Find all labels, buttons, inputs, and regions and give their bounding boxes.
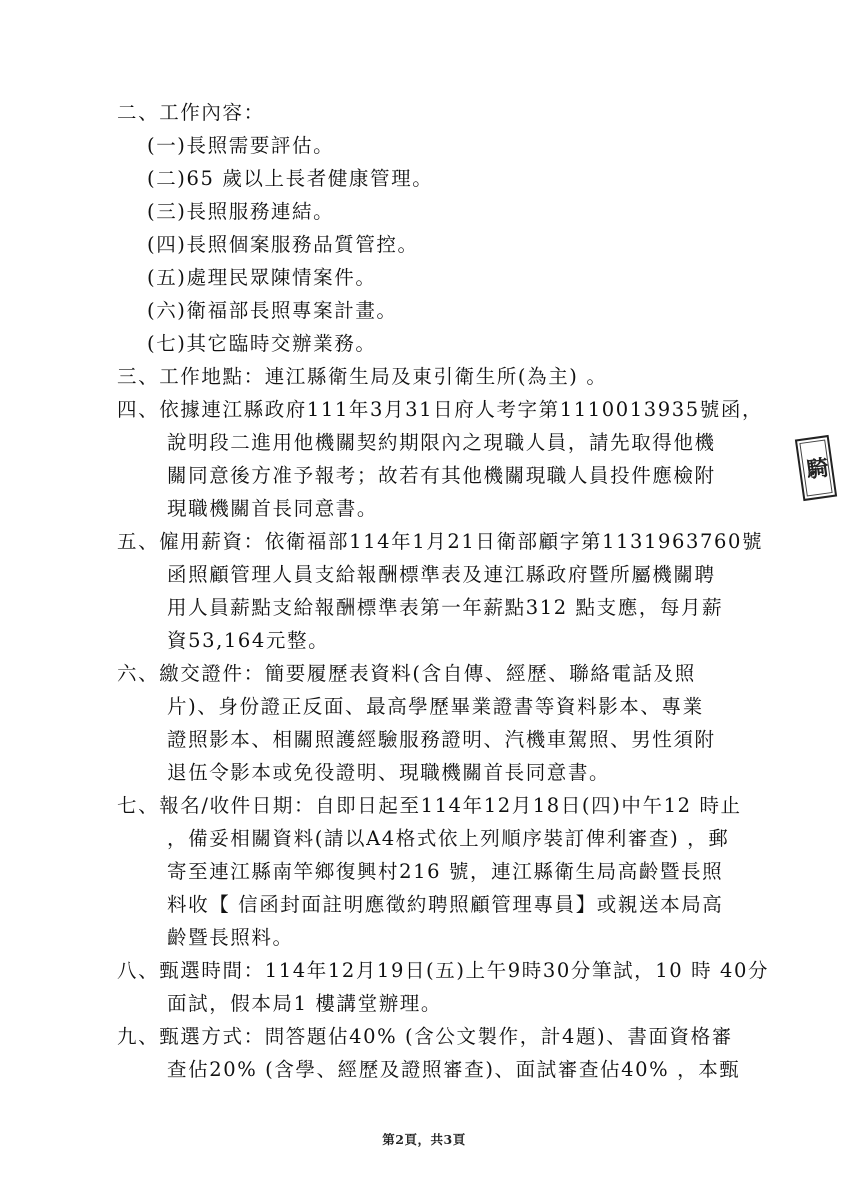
list-item: (五)處理民眾陳情案件。 <box>117 261 777 294</box>
paragraph-line: 三、工作地點：連江縣衛生局及東引衛生所(為主) 。 <box>117 360 777 393</box>
paragraph-line: ，備妥相關資料(請以A4格式依上列順序裝訂俾利審查) ，郵 <box>117 822 777 855</box>
section-heading: 二、工作內容： <box>117 96 777 129</box>
paragraph-line: 退伍令影本或免役證明、現職機關首長同意書。 <box>117 756 777 789</box>
paragraph-line: 查佔20% (含學、經歷及證照審查)、面試審查佔40% ，本甄 <box>117 1053 777 1086</box>
section-salary: 五、僱用薪資：依衛福部114年1月21日衛部顧字第1131963760號 函照顧… <box>117 525 777 657</box>
paragraph-line: 四、依據連江縣政府111年3月31日府人考字第1110013935號函， <box>117 393 777 426</box>
paragraph-line: 說明段二進用他機關契約期限內之現職人員，請先取得他機 <box>117 426 777 459</box>
paragraph-line: 用人員薪點支給報酬標準表第一年薪點312 點支應，每月薪 <box>117 591 777 624</box>
paragraph-line: 關同意後方准予報考；故若有其他機關現職人員投件應檢附 <box>117 459 777 492</box>
paragraph-line: 寄至連江縣南竿鄉復興村216 號，連江縣衛生局高齡暨長照 <box>117 855 777 888</box>
paragraph-line: 證照影本、相關照護經驗服務證明、汽機車駕照、男性須附 <box>117 723 777 756</box>
section-legal-basis: 四、依據連江縣政府111年3月31日府人考字第1110013935號函， 說明段… <box>117 393 777 525</box>
list-item: (六)衛福部長照專案計畫。 <box>117 294 777 327</box>
section-work-location: 三、工作地點：連江縣衛生局及東引衛生所(為主) 。 <box>117 360 777 393</box>
paragraph-line: 齡暨長照料。 <box>117 921 777 954</box>
list-item: (二)65 歲以上長者健康管理。 <box>117 162 777 195</box>
list-item: (四)長照個案服務品質管控。 <box>117 228 777 261</box>
paragraph-line: 函照顧管理人員支給報酬標準表及連江縣政府暨所屬機關聘 <box>117 558 777 591</box>
paragraph-line: 資53,164元整。 <box>117 624 777 657</box>
paragraph-line: 面試，假本局1 樓講堂辦理。 <box>117 987 777 1020</box>
list-item: (三)長照服務連結。 <box>117 195 777 228</box>
document-body: 二、工作內容： (一)長照需要評估。 (二)65 歲以上長者健康管理。 (三)長… <box>117 96 777 1086</box>
section-selection-method: 九、甄選方式：問答題佔40% (含公文製作，計4題)、書面資格審 查佔20% (… <box>117 1020 777 1086</box>
seal-glyph: 騎 <box>799 439 832 496</box>
page-number: 第2頁，共3頁 <box>0 1130 848 1148</box>
paragraph-line: 五、僱用薪資：依衛福部114年1月21日衛部顧字第1131963760號 <box>117 525 777 558</box>
list-item: (一)長照需要評估。 <box>117 129 777 162</box>
list-item: (七)其它臨時交辦業務。 <box>117 327 777 360</box>
section-selection-time: 八、甄選時間：114年12月19日(五)上午9時30分筆試，10 時 40分 面… <box>117 954 777 1020</box>
section-application-period: 七、報名/收件日期：自即日起至114年12月18日(四)中午12 時止 ，備妥相… <box>117 789 777 954</box>
paragraph-line: 六、繳交證件：簡要履歷表資料(含自傳、經歷、聯絡電話及照 <box>117 657 777 690</box>
paragraph-line: 料收【 信函封面註明應徵約聘照顧管理專員】或親送本局高 <box>117 888 777 921</box>
paragraph-line: 九、甄選方式：問答題佔40% (含公文製作，計4題)、書面資格審 <box>117 1020 777 1053</box>
paragraph-line: 七、報名/收件日期：自即日起至114年12月18日(四)中午12 時止 <box>117 789 777 822</box>
section-required-documents: 六、繳交證件：簡要履歷表資料(含自傳、經歷、聯絡電話及照 片)、身份證正反面、最… <box>117 657 777 789</box>
paragraph-line: 片)、身份證正反面、最高學歷畢業證書等資料影本、專業 <box>117 690 777 723</box>
seal-stamp-icon: 騎 <box>795 435 837 501</box>
section-work-content: 二、工作內容： (一)長照需要評估。 (二)65 歲以上長者健康管理。 (三)長… <box>117 96 777 360</box>
document-page: 二、工作內容： (一)長照需要評估。 (二)65 歲以上長者健康管理。 (三)長… <box>0 0 848 1200</box>
paragraph-line: 八、甄選時間：114年12月19日(五)上午9時30分筆試，10 時 40分 <box>117 954 777 987</box>
paragraph-line: 現職機關首長同意書。 <box>117 492 777 525</box>
